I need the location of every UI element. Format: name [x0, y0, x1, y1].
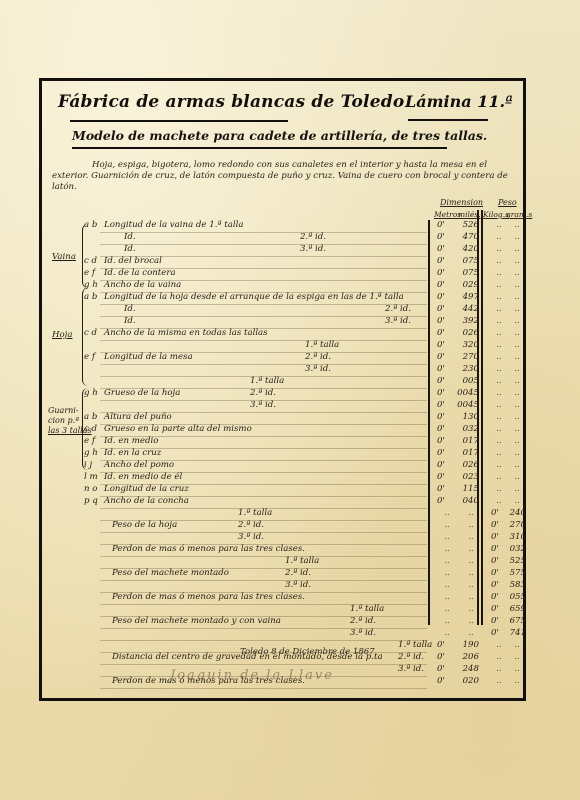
- empty-weight-mark: ..: [494, 484, 504, 494]
- empty-weight-mark: ..: [494, 436, 504, 446]
- row-size: 2.ª id.: [350, 616, 376, 626]
- empty-weight-mark: ..: [494, 472, 504, 482]
- row-label: Id.: [124, 244, 136, 254]
- row-size: 3.ª id.: [385, 316, 411, 326]
- row-label: Id. en medio de él: [104, 472, 182, 482]
- row-size: 2.ª id.: [250, 388, 276, 398]
- row-code: c d: [84, 424, 104, 434]
- empty-weight-mark: ..: [494, 280, 504, 290]
- row-code: n o: [84, 484, 104, 494]
- row-size: 3.ª id.: [238, 532, 264, 542]
- empty-weight-mark: ..: [494, 328, 504, 338]
- empty-dimension-mark: ..: [466, 532, 476, 542]
- title-underline: [70, 120, 288, 122]
- row-code: p q: [84, 496, 104, 506]
- row-size: 1.ª talla: [285, 556, 319, 566]
- grams-header: gram.s: [506, 210, 532, 219]
- empty-weight-mark: ..: [494, 412, 504, 422]
- description-paragraph: Hoja, espiga, bigotera, lomo redondo con…: [52, 160, 522, 193]
- grams-value: 525: [502, 556, 526, 566]
- empty-weight-mark: ..: [512, 244, 522, 254]
- thousandths-value: 392: [451, 316, 479, 326]
- thousandths-value: 115: [451, 484, 479, 494]
- row-label: Id. en medio: [104, 436, 158, 446]
- empty-weight-mark: ..: [494, 364, 504, 374]
- thousandths-value: 130: [451, 412, 479, 422]
- empty-dimension-mark: ..: [442, 556, 452, 566]
- thousandths-value: 005: [451, 376, 479, 386]
- thousandths-value: 017: [451, 436, 479, 446]
- grams-value: 575: [502, 568, 526, 578]
- row-size: 3.ª id.: [350, 628, 376, 638]
- empty-weight-mark: ..: [494, 352, 504, 362]
- grams-value: 270: [502, 520, 526, 530]
- empty-weight-mark: ..: [512, 424, 522, 434]
- empty-dimension-mark: ..: [442, 544, 452, 554]
- row-code: l m: [84, 472, 104, 482]
- empty-weight-mark: ..: [494, 220, 504, 230]
- row-label: Id. del brocal: [104, 256, 162, 266]
- empty-dimension-mark: ..: [466, 628, 476, 638]
- row-label: Ancho de la misma en todas las tallas: [104, 328, 268, 338]
- thousandths-value: 320: [451, 340, 479, 350]
- row-size: 3.ª id.: [250, 400, 276, 410]
- empty-weight-mark: ..: [494, 256, 504, 266]
- thousandths-value: 497: [451, 292, 479, 302]
- empty-weight-mark: ..: [512, 412, 522, 422]
- grams-value: 741: [502, 628, 526, 638]
- row-label: Ancho de la vaina: [104, 280, 181, 290]
- row-label: Id. en la cruz: [104, 448, 161, 458]
- empty-dimension-mark: ..: [442, 520, 452, 530]
- empty-weight-mark: ..: [494, 496, 504, 506]
- grams-value: 659: [502, 604, 526, 614]
- empty-weight-mark: ..: [494, 316, 504, 326]
- row-size: 1.ª talla: [398, 640, 432, 650]
- empty-weight-mark: ..: [494, 268, 504, 278]
- empty-weight-mark: ..: [512, 352, 522, 362]
- empty-weight-mark: ..: [512, 280, 522, 290]
- row-label: Longitud de la mesa: [104, 352, 193, 362]
- row-code: g h: [84, 448, 104, 458]
- empty-dimension-mark: ..: [466, 508, 476, 518]
- grams-value: 240: [502, 508, 526, 518]
- empty-weight-mark: ..: [494, 652, 504, 662]
- thousandths-value: 442: [451, 304, 479, 314]
- row-code: a b: [84, 292, 104, 302]
- empty-dimension-mark: ..: [466, 616, 476, 626]
- row-size: 3.ª id.: [398, 664, 424, 674]
- row-code: i j: [84, 460, 104, 470]
- empty-dimension-mark: ..: [466, 592, 476, 602]
- thousandths-value: 029: [451, 280, 479, 290]
- row-size: 1.ª talla: [250, 376, 284, 386]
- empty-dimension-mark: ..: [442, 628, 452, 638]
- empty-weight-mark: ..: [512, 448, 522, 458]
- factory-title: Fábrica de armas blancas de Toledo: [58, 92, 404, 112]
- row-label: Longitud de la hoja desde el arranque de…: [104, 292, 404, 302]
- empty-weight-mark: ..: [494, 340, 504, 350]
- thousandths-value: 206: [451, 652, 479, 662]
- empty-weight-mark: ..: [512, 388, 522, 398]
- empty-weight-mark: ..: [494, 424, 504, 434]
- empty-weight-mark: ..: [512, 472, 522, 482]
- thousandths-value: 023: [451, 472, 479, 482]
- row-label: Id.: [124, 232, 136, 242]
- row-size: 2.ª id.: [385, 304, 411, 314]
- empty-weight-mark: ..: [512, 496, 522, 506]
- plate-number: Lámina 11.ª: [405, 92, 513, 111]
- thousandths-value: 420: [451, 244, 479, 254]
- empty-weight-mark: ..: [512, 268, 522, 278]
- empty-weight-mark: ..: [512, 460, 522, 470]
- row-label: Grueso de la hoja: [104, 388, 180, 398]
- empty-weight-mark: ..: [512, 664, 522, 674]
- row-size: 2.ª id.: [300, 232, 326, 242]
- empty-weight-mark: ..: [512, 220, 522, 230]
- thousandths-value: 526: [451, 220, 479, 230]
- row-code: g h: [84, 388, 104, 398]
- thousandths-value: 0045: [451, 400, 479, 410]
- subtitle-underline: [72, 147, 447, 149]
- empty-weight-mark: ..: [512, 304, 522, 314]
- thousandths-value: 017: [451, 448, 479, 458]
- empty-weight-mark: ..: [512, 640, 522, 650]
- empty-weight-mark: ..: [512, 400, 522, 410]
- row-size: 2.ª id.: [285, 568, 311, 578]
- thousandths-value: 075: [451, 268, 479, 278]
- row-size: 2.ª id.: [238, 520, 264, 530]
- empty-weight-mark: ..: [494, 388, 504, 398]
- row-size: 1.ª talla: [238, 508, 272, 518]
- row-label: Ancho del pomo: [104, 460, 174, 470]
- grams-value: 032: [502, 544, 526, 554]
- row-code: a b: [84, 412, 104, 422]
- thousandths-value: 075: [451, 256, 479, 266]
- row-size: 3.ª id.: [300, 244, 326, 254]
- empty-dimension-mark: ..: [442, 604, 452, 614]
- empty-dimension-mark: ..: [442, 616, 452, 626]
- row-code: c d: [84, 328, 104, 338]
- empty-weight-mark: ..: [512, 652, 522, 662]
- empty-weight-mark: ..: [512, 340, 522, 350]
- thousandths-value: 032: [451, 424, 479, 434]
- thousandths-value: 026: [451, 328, 479, 338]
- weight-header: Peso: [498, 198, 517, 207]
- empty-weight-mark: ..: [494, 676, 504, 686]
- thousandths-value: 270: [451, 352, 479, 362]
- empty-weight-mark: ..: [512, 484, 522, 494]
- empty-dimension-mark: ..: [442, 568, 452, 578]
- empty-weight-mark: ..: [494, 376, 504, 386]
- empty-weight-mark: ..: [512, 292, 522, 302]
- row-label: Peso del machete montado: [112, 568, 229, 578]
- row-label: Ancho de la concha: [104, 496, 189, 506]
- row-label: Altura del puño: [104, 412, 172, 422]
- grams-value: 055: [502, 592, 526, 602]
- thousandths-value: 190: [451, 640, 479, 650]
- empty-dimension-mark: ..: [466, 580, 476, 590]
- grams-value: 675: [502, 616, 526, 626]
- empty-weight-mark: ..: [494, 460, 504, 470]
- place-and-date: Toledo 8 de Diciembre de 1867: [240, 647, 375, 657]
- row-label: Perdon de mas ó menos para las tres clas…: [112, 592, 305, 602]
- row-label: Longitud de la vaina de 1.ª talla: [104, 220, 243, 230]
- empty-dimension-mark: ..: [442, 580, 452, 590]
- row-size: 2.ª id.: [305, 352, 331, 362]
- empty-weight-mark: ..: [494, 304, 504, 314]
- row-label: Longitud de la cruz: [104, 484, 189, 494]
- empty-dimension-mark: ..: [466, 556, 476, 566]
- empty-weight-mark: ..: [494, 244, 504, 254]
- grams-value: 310: [502, 532, 526, 542]
- empty-weight-mark: ..: [512, 256, 522, 266]
- row-code: e f: [84, 268, 104, 278]
- thousandths-value: 0045: [451, 388, 479, 398]
- row-size: 3.ª id.: [285, 580, 311, 590]
- thousandths-value: 040: [451, 496, 479, 506]
- empty-weight-mark: ..: [494, 232, 504, 242]
- empty-weight-mark: ..: [512, 328, 522, 338]
- signature: Joaquin de la Llave: [170, 668, 334, 683]
- empty-weight-mark: ..: [512, 436, 522, 446]
- empty-weight-mark: ..: [512, 364, 522, 374]
- empty-weight-mark: ..: [512, 232, 522, 242]
- thousandths-value: 470: [451, 232, 479, 242]
- thousandths-value: 026: [451, 460, 479, 470]
- plate-underline: [408, 119, 488, 121]
- thousandths-value: 020: [451, 676, 479, 686]
- grams-value: 583: [502, 580, 526, 590]
- empty-dimension-mark: ..: [442, 532, 452, 542]
- row-size: 1.ª talla: [305, 340, 339, 350]
- row-code: c d: [84, 256, 104, 266]
- empty-dimension-mark: ..: [466, 568, 476, 578]
- document-subtitle: Modelo de machete para cadete de artille…: [72, 128, 487, 143]
- row-label: Peso de la hoja: [112, 520, 177, 530]
- empty-dimension-mark: ..: [466, 520, 476, 530]
- empty-weight-mark: ..: [512, 316, 522, 326]
- row-code: g h: [84, 280, 104, 290]
- row-label: Id.: [124, 304, 136, 314]
- empty-weight-mark: ..: [512, 676, 522, 686]
- row-label: Grueso en la parte alta del mismo: [104, 424, 252, 434]
- empty-weight-mark: ..: [512, 376, 522, 386]
- empty-weight-mark: ..: [494, 292, 504, 302]
- empty-weight-mark: ..: [494, 664, 504, 674]
- row-code: a b: [84, 220, 104, 230]
- empty-dimension-mark: ..: [442, 592, 452, 602]
- empty-weight-mark: ..: [494, 400, 504, 410]
- empty-weight-mark: ..: [494, 640, 504, 650]
- thousandths-value: 248: [451, 664, 479, 674]
- empty-dimension-mark: ..: [466, 604, 476, 614]
- row-size: 1.ª talla: [350, 604, 384, 614]
- row-code: e f: [84, 352, 104, 362]
- row-label: Id.: [124, 316, 136, 326]
- row-label: Id. de la contera: [104, 268, 176, 278]
- row-code: e f: [84, 436, 104, 446]
- empty-weight-mark: ..: [494, 448, 504, 458]
- empty-dimension-mark: ..: [466, 544, 476, 554]
- empty-dimension-mark: ..: [442, 508, 452, 518]
- row-size: 3.ª id.: [305, 364, 331, 374]
- row-label: Peso del machete montado y con vaina: [112, 616, 281, 626]
- row-size: 2.ª id.: [398, 652, 424, 662]
- dimension-header: Dimension: [440, 198, 483, 207]
- row-label: Perdon de mas ó menos para las tres clas…: [112, 544, 305, 554]
- thousandths-value: 230: [451, 364, 479, 374]
